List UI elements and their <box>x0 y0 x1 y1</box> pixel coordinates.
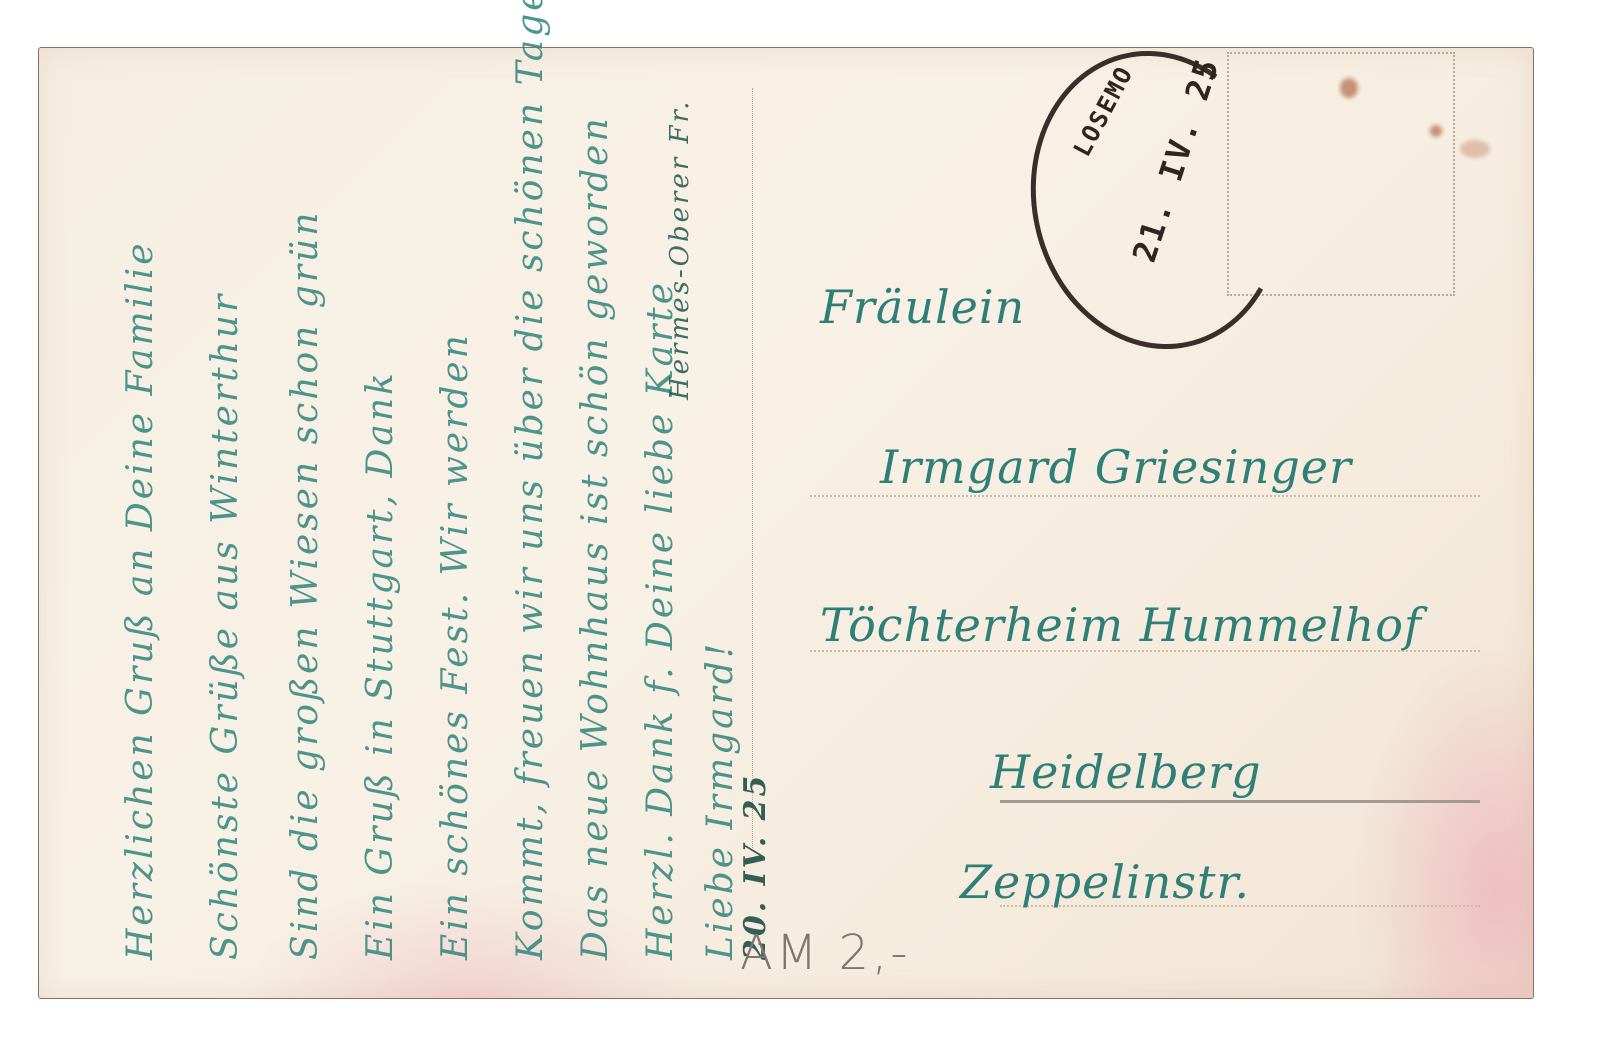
message-line: Ein Gruß in Stuttgart, Dank <box>360 370 401 960</box>
message-address-divider <box>752 88 753 848</box>
address-salutation: Fräulein <box>820 280 1025 334</box>
message-line: Ein schönes Fest. Wir werden <box>435 332 476 960</box>
rust-spot <box>1340 78 1358 98</box>
address-line <box>810 495 1480 497</box>
message-line: Das neue Wohnhaus ist schön geworden <box>575 115 616 960</box>
address-street: Zeppelinstr. <box>960 855 1250 909</box>
address-city: Heidelberg <box>990 745 1262 799</box>
message-line: Schönste Grüße aus Winterthur <box>205 292 246 960</box>
message-line: Sind die großen Wiesen schon grün <box>285 210 326 960</box>
rust-spot <box>1430 125 1442 137</box>
side-note: Hermes-Oberer Fr. <box>665 99 695 400</box>
message-line: Kommt, freuen wir uns über die schönen T… <box>510 0 551 960</box>
address-line <box>1000 800 1480 803</box>
stain <box>1353 638 1533 998</box>
address-institution: Töchterheim Hummelhof <box>820 598 1422 652</box>
pencil-price-note: AM 2,- <box>740 925 911 981</box>
rust-spot <box>1460 140 1490 158</box>
address-name: Irmgard Griesinger <box>880 440 1352 494</box>
message-line: Liebe Irmgard! <box>700 641 741 960</box>
message-line: Herzlichen Gruß an Deine Familie <box>120 240 161 960</box>
